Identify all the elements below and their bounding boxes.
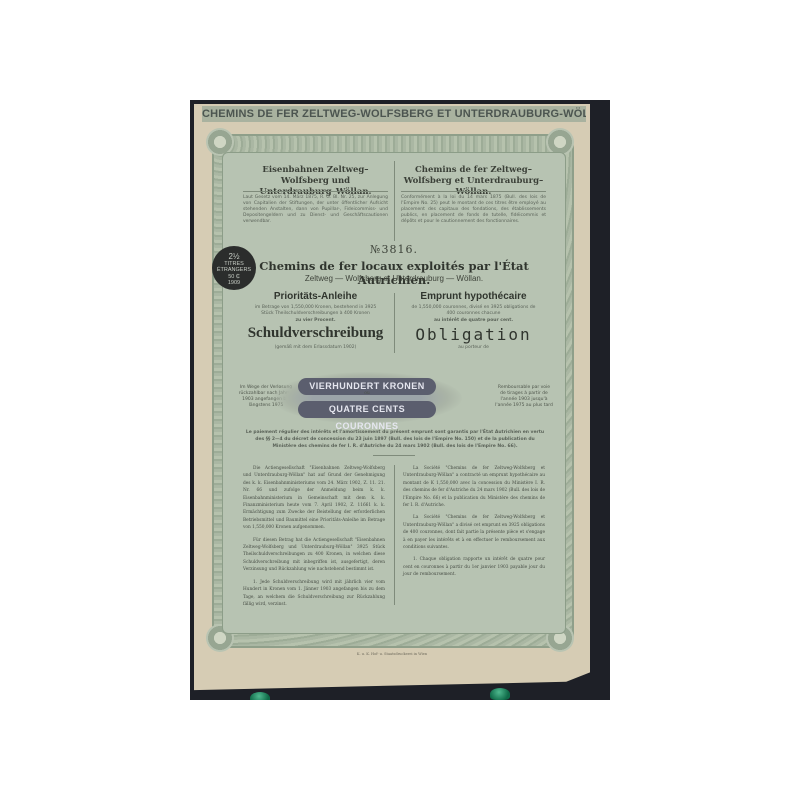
denomination-joiner: ou <box>272 391 462 396</box>
stamp-year: 1909 <box>212 280 256 287</box>
side-note-right: Remboursable par voie de tirages à parti… <box>495 385 553 409</box>
divider <box>394 465 395 605</box>
bond-certificate: CHEMINS DE FER ZELTWEG-WOLFSBERG ET UNTE… <box>194 104 590 696</box>
right-document-type: Obligation <box>401 325 546 344</box>
stamp-text: ÉTRANGERS <box>212 267 256 274</box>
divider <box>394 293 395 353</box>
body-right-paragraph: La Société "Chemins de fer Zeltweg-Wolfs… <box>403 465 545 509</box>
right-section-desc: de 1,550,000 couronnes, divisé en 3925 o… <box>411 305 536 317</box>
right-section-note: au porteur de <box>411 345 536 351</box>
certificate-number: №3816. <box>223 243 565 256</box>
ornamental-rule <box>373 455 415 456</box>
denomination-cartouche: VIERHUNDERT KRONEN ou QUATRE CENTS COURO… <box>272 366 462 432</box>
right-section-title: Emprunt hypothécaire <box>401 291 546 302</box>
body-left: Die Actiengesellschaft "Eisenbahnen Zelt… <box>243 465 385 608</box>
body-left-paragraph: Für diesen Betrag hat die Actiengesellsc… <box>243 537 385 574</box>
header-left-body: Laut Gesetz vom 14. März 1875, R. G. Bl.… <box>243 195 388 225</box>
pushpin-icon <box>490 688 510 700</box>
divider <box>243 191 388 192</box>
left-section-note: (gemäß mit dem Erlassdatum 1902) <box>253 345 378 351</box>
right-section-rate: au intérêt de quatre pour cent. <box>411 318 536 324</box>
certificate-banner: CHEMINS DE FER ZELTWEG-WOLFSBERG ET UNTE… <box>202 106 586 122</box>
tax-stamp: 2½ TITRES ÉTRANGERS 50 ₵ 1909 <box>212 246 256 290</box>
body-left-paragraph: 1. Jede Schuldverschreibung wird mit jäh… <box>243 579 385 609</box>
header-left-title: Eisenbahnen Zeltweg–Wolfsberg und Unterd… <box>243 165 388 198</box>
sub-title: Zeltweg — Wolfsberg et Unterdrauburg — W… <box>223 274 565 283</box>
header-right-title: Chemins de fer Zeltweg–Wolfsberg et Unte… <box>401 165 546 198</box>
body-right-paragraph: La Société "Chemins de fer Zeltweg-Wolfs… <box>403 514 545 551</box>
pushpin-icon <box>250 692 270 700</box>
body-left-paragraph: Die Actiengesellschaft "Eisenbahnen Zelt… <box>243 465 385 532</box>
divider <box>394 161 395 241</box>
left-section-rate: zu vier Procent. <box>253 318 378 324</box>
printer-imprint: K. u. K. Hof- u. Staatsdruckerei in Wien <box>194 652 590 656</box>
left-document-type: Schuldverschreibung <box>243 325 388 342</box>
denomination-french: QUATRE CENTS COURONNES <box>298 401 436 418</box>
divider <box>401 191 546 192</box>
header-right-body: Conformément à la loi du 14 mars 1875 (B… <box>401 195 546 225</box>
photograph: CHEMINS DE FER ZELTWEG-WOLFSBERG ET UNTE… <box>190 100 610 700</box>
left-section-title: Prioritäts-Anleihe <box>243 291 388 302</box>
body-right: La Société "Chemins de fer Zeltweg-Wolfs… <box>403 465 545 579</box>
left-section-desc: im Betrage von 1,550,000 Kronen, bestehe… <box>253 305 378 317</box>
body-right-paragraph: 1. Chaque obligation rapporte un intérêt… <box>403 556 545 578</box>
